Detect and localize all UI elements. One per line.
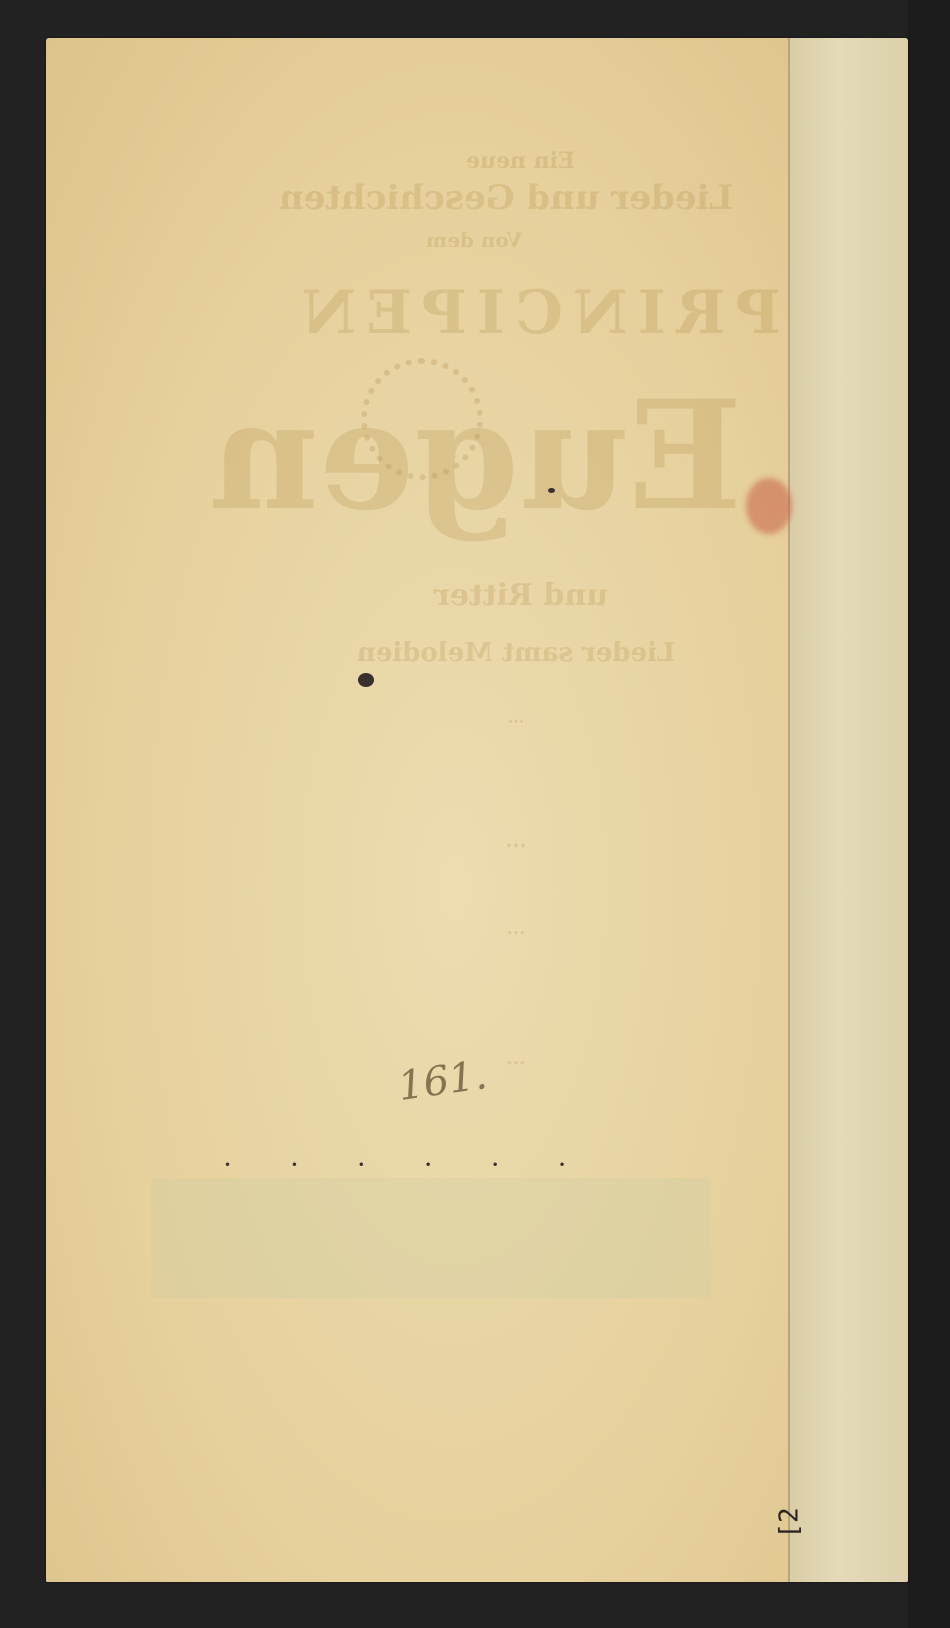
ink-spot (548, 488, 555, 493)
ink-dots: • • • • • • (224, 1158, 594, 1172)
showthrough-line: Lieder und Geschichten (256, 178, 756, 218)
showthrough-line: ... (236, 828, 796, 852)
ornament-showthrough (361, 358, 483, 480)
binding-stub (788, 38, 908, 1582)
showthrough-line: und Ritter (286, 578, 756, 613)
showthrough-title: PRINCIPEN (286, 278, 786, 348)
woodcut-showthrough (151, 1178, 711, 1298)
red-stain (746, 478, 792, 534)
book-page: Ein neue Lieder und Geschichten Von dem … (46, 38, 908, 1582)
showthrough-line: ... (236, 708, 796, 727)
stub-mark: [2 (775, 1507, 805, 1538)
showthrough-line: ... (236, 1048, 796, 1069)
page-leaf: Ein neue Lieder und Geschichten Von dem … (46, 38, 788, 1582)
ink-spot (358, 673, 374, 687)
showthrough-line: Ein neue (466, 148, 575, 174)
showthrough-line: Lieder samt Melodien (246, 638, 786, 668)
showthrough-line: Von dem (426, 228, 522, 252)
showthrough-line: ... (236, 918, 796, 939)
scanner-background-edge (908, 0, 950, 1628)
